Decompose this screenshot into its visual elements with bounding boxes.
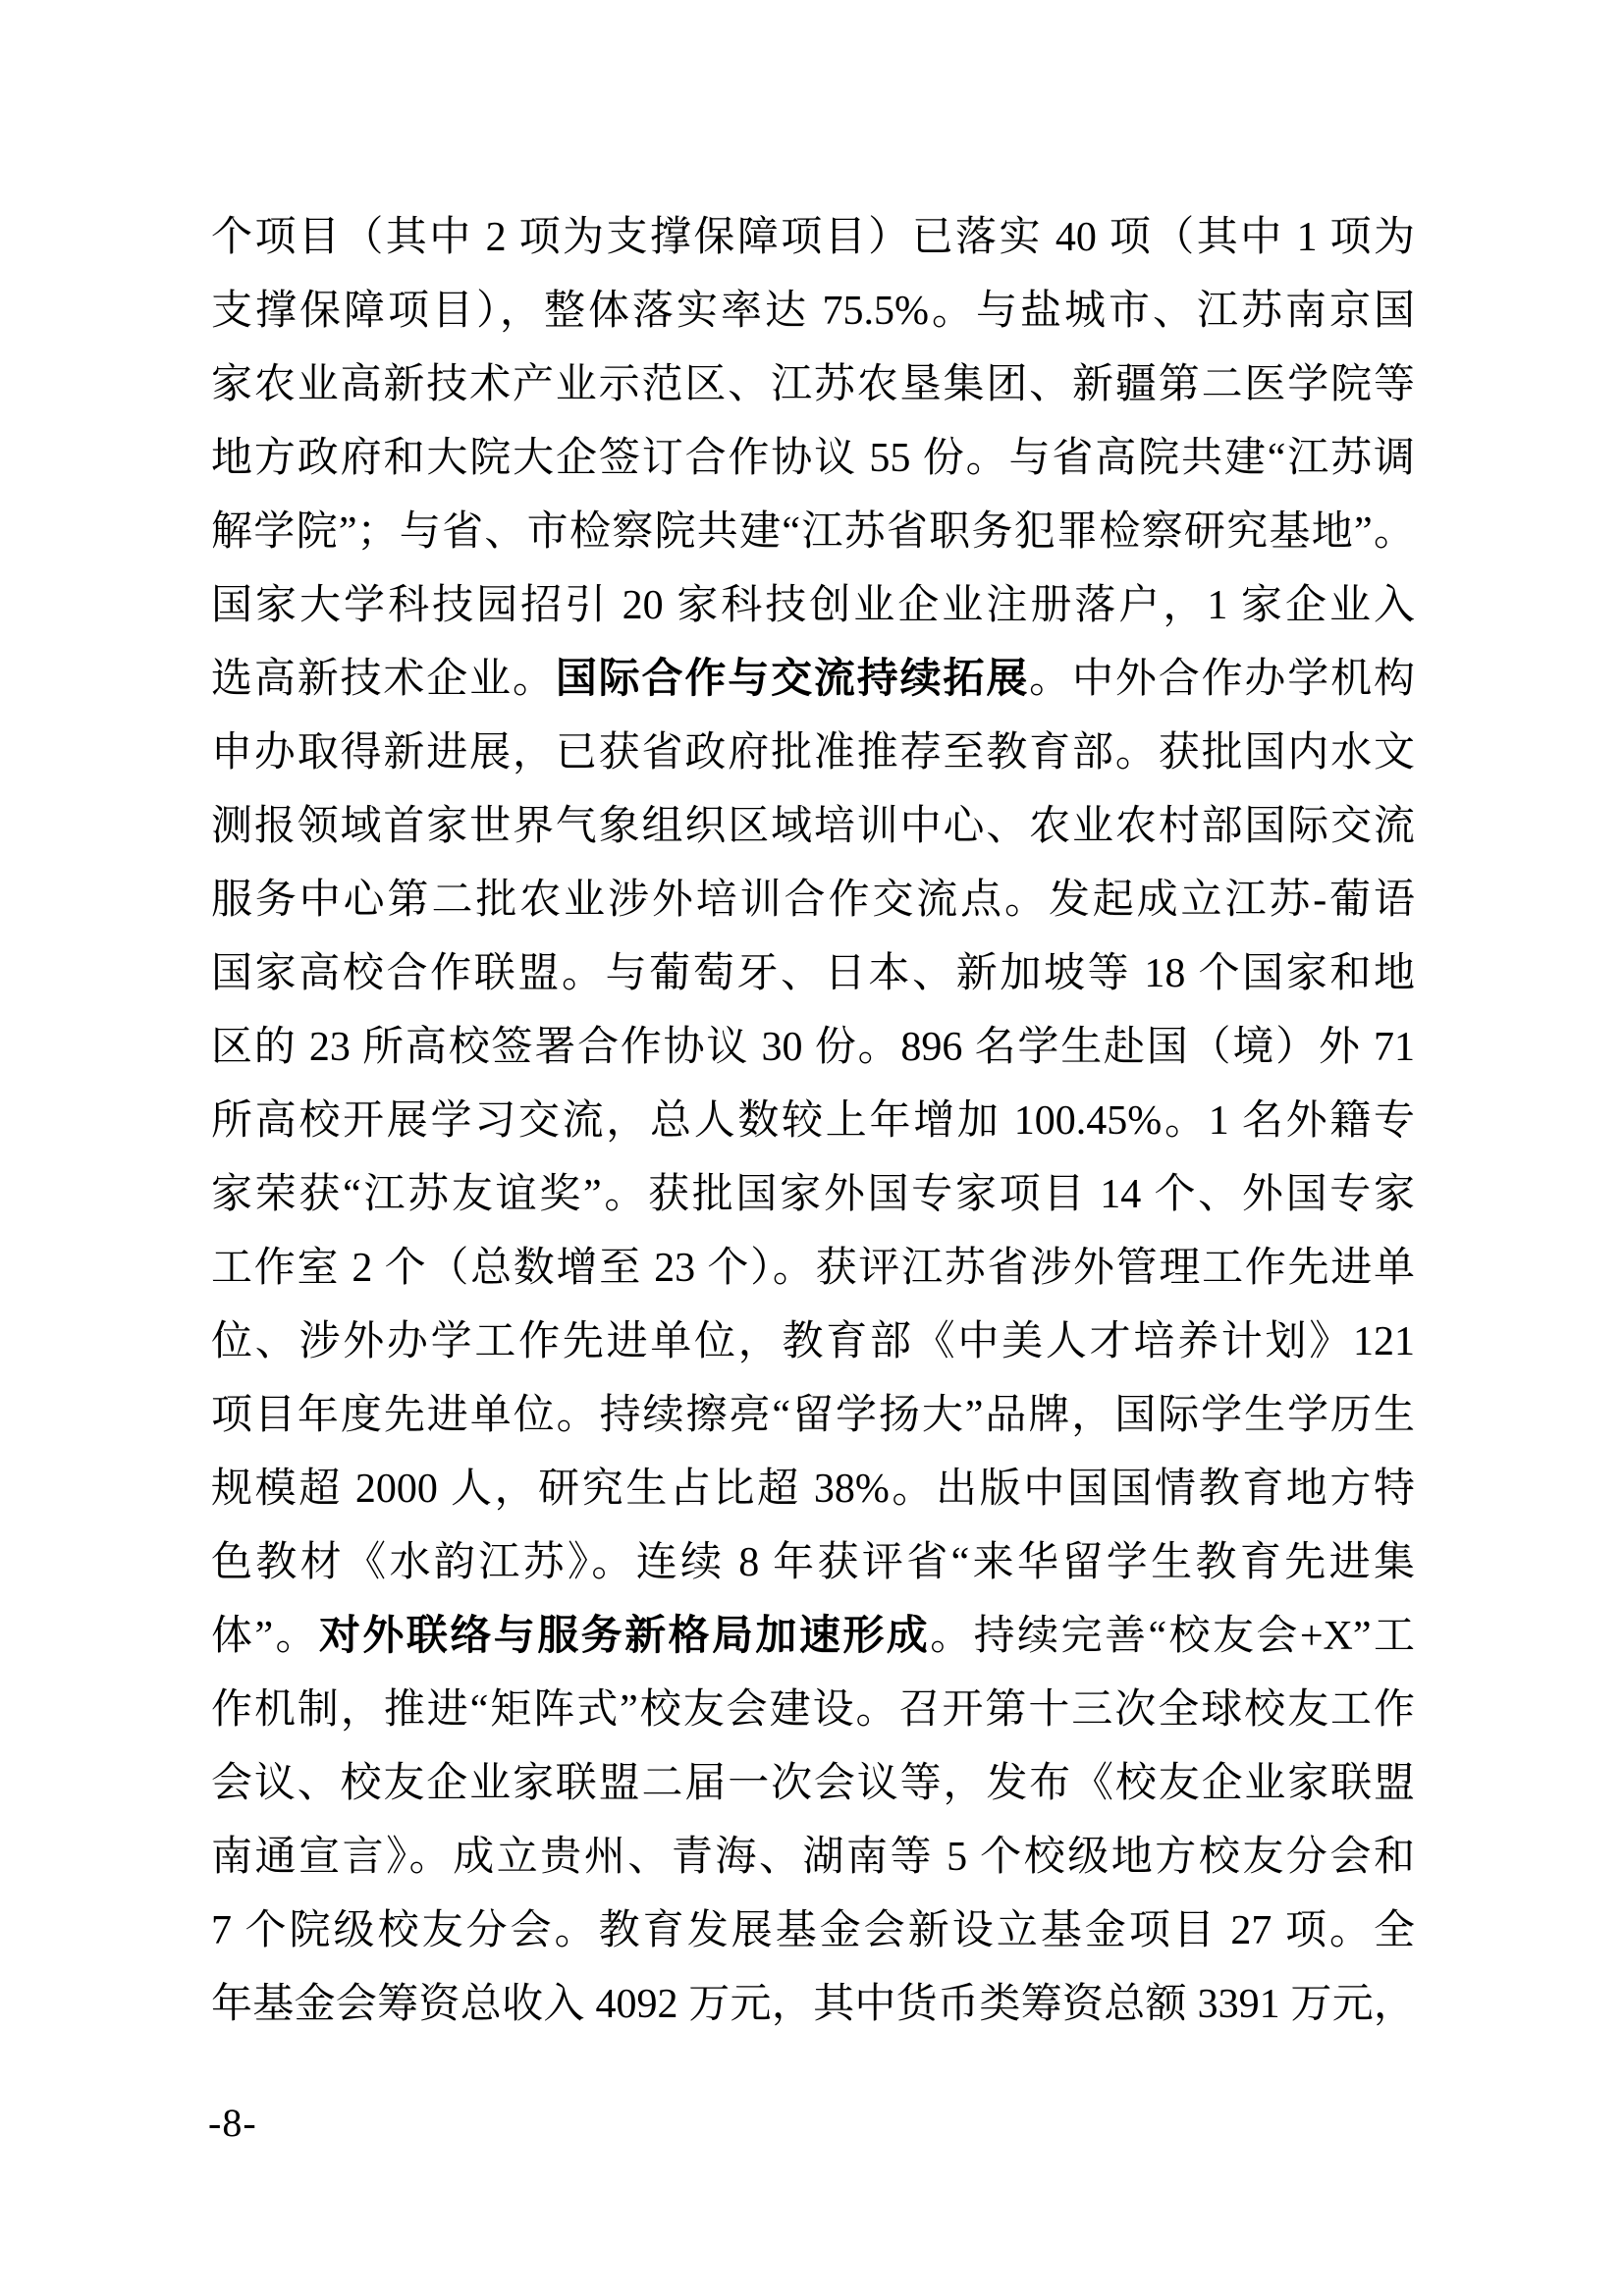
text-line: 南通宣言》。成立贵州、青海、湖南等 5 个校级地方校友分会和: [211, 1821, 1415, 1895]
text-line: 测报领域首家世界气象组织区域培训中心、农业农村部国际交流: [211, 790, 1415, 864]
text-segment: 色教材《水韵江苏》。连续 8 年获评省“来华留学生教育先进集: [211, 1540, 1415, 1585]
text-line: 申办取得新进展，已获省政府批准推荐至教育部。获批国内水文: [211, 717, 1415, 790]
text-segment: 体”。: [211, 1614, 319, 1659]
text-segment: 国家大学科技园招引 20 家科技创业企业注册落户，1 家企业入: [211, 583, 1415, 628]
text-segment: 年基金会筹资总收入 4092 万元，其中货币类筹资总额 3391 万元，: [211, 1982, 1415, 2027]
text-line: 作机制，推进“矩阵式”校友会建设。召开第十三次全球校友工作: [211, 1674, 1415, 1747]
text-segment: 地方政府和大院大企签订合作协议 55 份。与省高院共建“江苏调: [211, 436, 1415, 481]
text-line: 体”。对外联络与服务新格局加速形成。持续完善“校友会+X”工: [211, 1600, 1415, 1674]
text-line: 服务中心第二批农业涉外培训合作交流点。发起成立江苏-葡语: [211, 864, 1415, 937]
text-line: 选高新技术企业。国际合作与交流持续拓展。中外合作办学机构: [211, 643, 1415, 717]
text-segment: 解学院”；与省、市检察院共建“江苏省职务犯罪检察研究基地”。: [211, 509, 1415, 555]
text-line: 规模超 2000 人，研究生占比超 38%。出版中国国情教育地方特: [211, 1453, 1415, 1526]
text-line: 地方政府和大院大企签订合作协议 55 份。与省高院共建“江苏调: [211, 422, 1415, 496]
text-segment: 个项目（其中 2 项为支撑保障项目）已落实 40 项（其中 1 项为: [211, 215, 1415, 260]
document-page: 个项目（其中 2 项为支撑保障项目）已落实 40 项（其中 1 项为支撑保障项目…: [0, 0, 1624, 2296]
text-line: 会议、校友企业家联盟二届一次会议等，发布《校友企业家联盟: [211, 1747, 1415, 1821]
bold-heading-phrase: 国际合作与交流持续拓展: [556, 657, 1029, 702]
text-line: 支撑保障项目），整体落实率达 75.5%。与盐城市、江苏南京国: [211, 275, 1415, 348]
body-paragraph: 个项目（其中 2 项为支撑保障项目）已落实 40 项（其中 1 项为支撑保障项目…: [211, 201, 1415, 2042]
text-line: 国家大学科技园招引 20 家科技创业企业注册落户，1 家企业入: [211, 569, 1415, 643]
text-line: 项目年度先进单位。持续擦亮“留学扬大”品牌，国际学生学历生: [211, 1379, 1415, 1453]
text-line: 工作室 2 个（总数增至 23 个）。获评江苏省涉外管理工作先进单: [211, 1232, 1415, 1306]
text-line: 解学院”；与省、市检察院共建“江苏省职务犯罪检察研究基地”。: [211, 496, 1415, 569]
text-line: 7 个院级校友分会。教育发展基金会新设立基金项目 27 项。全: [211, 1895, 1415, 1968]
text-line: 家农业高新技术产业示范区、江苏农垦集团、新疆第二医学院等: [211, 348, 1415, 422]
text-line: 所高校开展学习交流，总人数较上年增加 100.45%。1 名外籍专: [211, 1085, 1415, 1158]
text-segment: 会议、校友企业家联盟二届一次会议等，发布《校友企业家联盟: [211, 1761, 1415, 1806]
page-number: -8-: [208, 2099, 257, 2148]
text-segment: 国家高校合作联盟。与葡萄牙、日本、新加坡等 18 个国家和地: [211, 951, 1415, 996]
text-line: 色教材《水韵江苏》。连续 8 年获评省“来华留学生教育先进集: [211, 1526, 1415, 1600]
text-segment: 。持续完善“校友会+X”工: [930, 1614, 1415, 1659]
text-segment: 南通宣言》。成立贵州、青海、湖南等 5 个校级地方校友分会和: [211, 1835, 1415, 1880]
text-segment: 。中外合作办学机构: [1029, 657, 1415, 702]
text-segment: 区的 23 所高校签署合作协议 30 份。896 名学生赴国（境）外 71: [211, 1025, 1415, 1070]
text-segment: 作机制，推进“矩阵式”校友会建设。召开第十三次全球校友工作: [211, 1687, 1415, 1733]
text-segment: 工作室 2 个（总数增至 23 个）。获评江苏省涉外管理工作先进单: [211, 1246, 1415, 1291]
text-segment: 项目年度先进单位。持续擦亮“留学扬大”品牌，国际学生学历生: [211, 1393, 1415, 1438]
text-segment: 申办取得新进展，已获省政府批准推荐至教育部。获批国内水文: [211, 730, 1415, 775]
text-segment: 选高新技术企业。: [211, 657, 556, 702]
text-line: 国家高校合作联盟。与葡萄牙、日本、新加坡等 18 个国家和地: [211, 937, 1415, 1011]
text-line: 年基金会筹资总收入 4092 万元，其中货币类筹资总额 3391 万元，: [211, 1968, 1415, 2042]
text-segment: 所高校开展学习交流，总人数较上年增加 100.45%。1 名外籍专: [211, 1098, 1415, 1144]
text-line: 位、涉外办学工作先进单位，教育部《中美人才培养计划》121: [211, 1306, 1415, 1379]
text-segment: 支撑保障项目），整体落实率达 75.5%。与盐城市、江苏南京国: [211, 289, 1415, 334]
text-segment: 位、涉外办学工作先进单位，教育部《中美人才培养计划》121: [211, 1319, 1415, 1364]
text-line: 个项目（其中 2 项为支撑保障项目）已落实 40 项（其中 1 项为: [211, 201, 1415, 275]
text-segment: 7 个院级校友分会。教育发展基金会新设立基金项目 27 项。全: [211, 1908, 1415, 1953]
text-segment: 规模超 2000 人，研究生占比超 38%。出版中国国情教育地方特: [211, 1467, 1415, 1512]
text-line: 区的 23 所高校签署合作协议 30 份。896 名学生赴国（境）外 71: [211, 1011, 1415, 1085]
text-segment: 服务中心第二批农业涉外培训合作交流点。发起成立江苏-葡语: [211, 878, 1415, 923]
text-segment: 测报领域首家世界气象组织区域培训中心、农业农村部国际交流: [211, 804, 1415, 849]
bold-heading-phrase: 对外联络与服务新格局加速形成: [319, 1614, 930, 1659]
text-segment: 家荣获“江苏友谊奖”。获批国家外国专家项目 14 个、外国专家: [211, 1172, 1415, 1217]
text-segment: 家农业高新技术产业示范区、江苏农垦集团、新疆第二医学院等: [211, 362, 1415, 407]
text-line: 家荣获“江苏友谊奖”。获批国家外国专家项目 14 个、外国专家: [211, 1158, 1415, 1232]
